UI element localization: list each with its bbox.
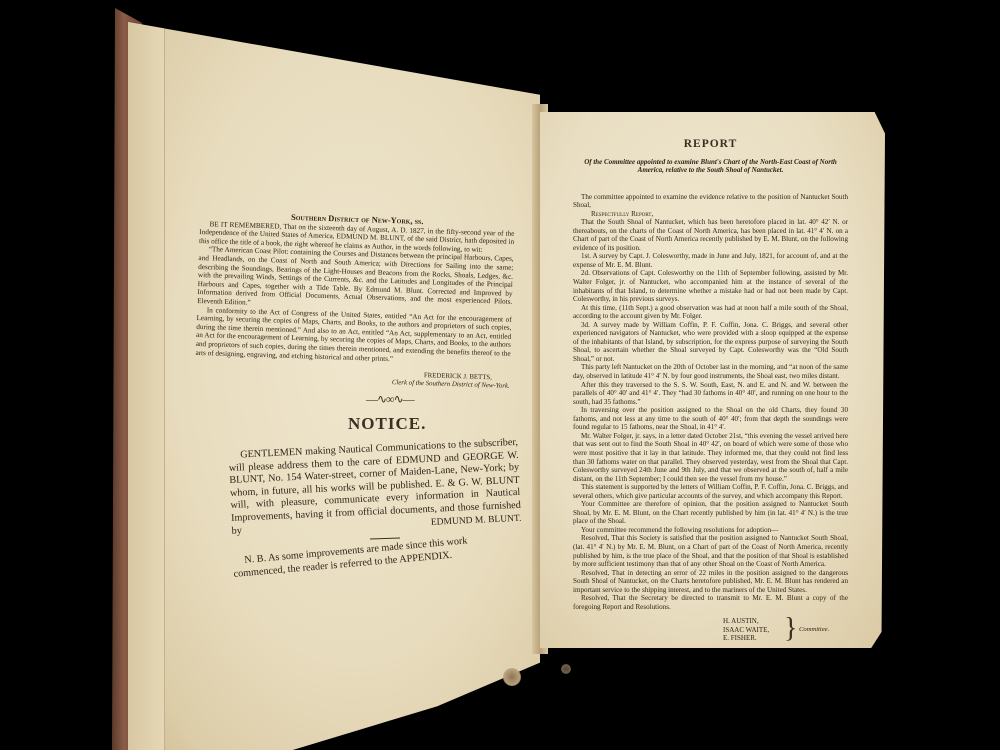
report-subtitle: Of the Committee appointed to examine Bl… (577, 158, 844, 175)
ornament-icon: —∿∞∿— (366, 392, 414, 407)
report-paragraph: Your Committee are therefore of opinion,… (573, 500, 848, 526)
notice-body: GENTLEMEN making Nautical Communications… (228, 437, 522, 539)
committee-signatures: H. AUSTIN, ISAAC WAITE, E. FISHER. } Com… (723, 617, 848, 642)
report-paragraph: Mr. Walter Folger, jr. says, in a letter… (573, 432, 848, 483)
copyright-book-title: “The American Coast Pilot: containing th… (197, 245, 514, 315)
report-paragraph: 3d. A survey made by William Coffin, P. … (573, 321, 848, 364)
report-paragraph: In traversing over the position assigned… (573, 406, 848, 432)
report-paragraph: After this they traversed to the S. S. W… (573, 381, 848, 407)
report-resolution: Resolved, That this Society is satisfied… (573, 534, 848, 568)
report-intro: The committee appointed to examine the e… (573, 193, 848, 210)
report-respectfully: Respectfully Report, (573, 210, 848, 219)
report-paragraph: 1st. A survey by Capt. J. Colesworthy, m… (573, 252, 848, 269)
report-paragraph: At this time, (11th Sept.) a good observ… (573, 304, 848, 321)
notice-heading: NOTICE. (348, 414, 426, 434)
report-paragraph: This party left Nantucket on the 20th of… (573, 363, 848, 380)
copyright-notice: Southern District of New-York, ss. BE IT… (195, 210, 515, 391)
brace-icon: } (784, 615, 797, 643)
report-heading: REPORT (573, 140, 848, 149)
report-paragraph: This statement is supported by the lette… (573, 483, 848, 500)
report-resolution: Resolved, That in detecting an error of … (573, 569, 848, 595)
report-paragraph: 2d. Observations of Capt. Colesworthy on… (573, 269, 848, 303)
report: REPORT Of the Committee appointed to exa… (573, 140, 848, 642)
report-paragraph: Your committee recommend the following r… (573, 526, 848, 535)
foxing-spot (561, 664, 571, 674)
copyright-paragraph: In conformity to the Act of Congress of … (195, 305, 511, 366)
committee-label: Committee. (799, 626, 829, 634)
foxing-spot (503, 668, 521, 686)
report-paragraph: That the South Shoal of Nantucket, which… (573, 218, 848, 252)
report-resolution: Resolved, That the Secretary be directed… (573, 594, 848, 611)
